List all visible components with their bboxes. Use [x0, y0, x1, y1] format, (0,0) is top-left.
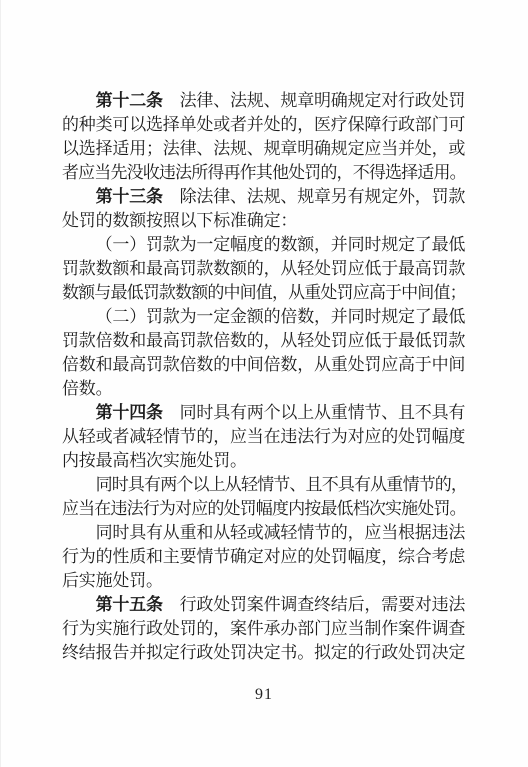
paragraph-article-14-2: 同时具有两个以上从轻情节、且不具有从重情节的， 应当在违法行为对应的处罚幅度内按…: [62, 473, 466, 521]
text-line: （一）罚款为一定幅度的数额，并同时规定了最低: [62, 233, 466, 257]
text-line: 应当在违法行为对应的处罚幅度内按最低档次实施处罚。: [62, 497, 466, 521]
line-text: 处罚的数额按照以下标准确定：: [62, 211, 297, 230]
text-line: 倍数。: [62, 377, 466, 401]
text-line: 终结报告并拟定行政处罚决定书。拟定的行政处罚决定: [62, 641, 466, 665]
text-line: 者应当先没收违法所得再作其他处罚的，不得选择适用。: [62, 161, 466, 185]
text-line: 第十四条 同时具有两个以上从重情节、且不具有: [62, 401, 466, 425]
text-line: 罚款倍数和最高罚款倍数的，从轻处罚应低于最低罚款: [62, 329, 466, 353]
text-line: 倍数和最高罚款倍数的中间倍数，从重处罚应高于中间: [62, 353, 466, 377]
line-text: 同时具有两个以上从轻情节、且不具有从重情节的，: [96, 475, 467, 494]
line-text: 以选择适用；法律、法规、规章明确规定应当并处，或: [62, 139, 465, 158]
line-text: （二）罚款为一定金额的倍数，并同时规定了最低: [96, 307, 466, 326]
text-line: 同时具有从重和从轻或减轻情节的，应当根据违法: [62, 521, 466, 545]
text-line: 第十二条 法律、法规、规章明确规定对行政处罚: [62, 89, 466, 113]
line-text: 罚款数额和最高罚款数额的，从轻处罚应低于最高罚款: [62, 259, 465, 278]
line-text: 罚款倍数和最高罚款倍数的，从轻处罚应低于最低罚款: [62, 331, 465, 350]
line-text: 者应当先没收违法所得再作其他处罚的，不得选择适用。: [62, 163, 466, 182]
article-number-label: 第十三条: [96, 187, 163, 206]
line-text: 行政处罚案件调查终结后，需要对违法: [163, 595, 465, 614]
text-line: 以选择适用；法律、法规、规章明确规定应当并处，或: [62, 137, 466, 161]
line-text: 除法律、法规、规章另有规定外，罚款: [163, 187, 465, 206]
paragraph-article-15: 第十五条 行政处罚案件调查终结后，需要对违法 行为实施行政处罚的，案件承办部门应…: [62, 593, 466, 665]
paragraph-article-14-1: 第十四条 同时具有两个以上从重情节、且不具有 从轻或者减轻情节的，应当在违法行为…: [62, 401, 466, 473]
paragraph-article-12: 第十二条 法律、法规、规章明确规定对行政处罚 的种类可以选择单处或者并处的，医疗…: [62, 89, 466, 185]
line-text: 同时具有两个以上从重情节、且不具有: [163, 403, 465, 422]
line-text: 行为的性质和主要情节确定对应的处罚幅度，综合考虑: [62, 547, 465, 566]
line-text: 后实施处罚。: [62, 571, 163, 590]
line-text: 倍数。: [62, 379, 112, 398]
paragraph-article-13-intro: 第十三条 除法律、法规、规章另有规定外，罚款 处罚的数额按照以下标准确定：: [62, 185, 466, 233]
text-line: 行为的性质和主要情节确定对应的处罚幅度，综合考虑: [62, 545, 466, 569]
page-number: 91: [0, 686, 528, 704]
line-text: 同时具有从重和从轻或减轻情节的，应当根据违法: [96, 523, 466, 542]
text-line: 内按最高档次实施处罚。: [62, 449, 466, 473]
article-number-label: 第十五条: [96, 595, 163, 614]
line-text: 行为实施行政处罚的，案件承办部门应当制作案件调查: [62, 619, 465, 638]
document-page: 第十二条 法律、法规、规章明确规定对行政处罚 的种类可以选择单处或者并处的，医疗…: [0, 0, 528, 767]
paragraph-article-13-item-2: （二）罚款为一定金额的倍数，并同时规定了最低 罚款倍数和最高罚款倍数的，从轻处罚…: [62, 305, 466, 401]
line-text: 从轻或者减轻情节的，应当在违法行为对应的处罚幅度: [62, 427, 465, 446]
text-line: 同时具有两个以上从轻情节、且不具有从重情节的，: [62, 473, 466, 497]
paragraph-article-14-3: 同时具有从重和从轻或减轻情节的，应当根据违法 行为的性质和主要情节确定对应的处罚…: [62, 521, 466, 593]
text-line: 后实施处罚。: [62, 569, 466, 593]
line-text: 应当在违法行为对应的处罚幅度内按最低档次实施处罚。: [62, 499, 466, 518]
text-line: 处罚的数额按照以下标准确定：: [62, 209, 466, 233]
article-number-label: 第十二条: [96, 91, 163, 110]
text-line: 罚款数额和最高罚款数额的，从轻处罚应低于最高罚款: [62, 257, 466, 281]
text-line: 的种类可以选择单处或者并处的，医疗保障行政部门可: [62, 113, 466, 137]
text-line: 从轻或者减轻情节的，应当在违法行为对应的处罚幅度: [62, 425, 466, 449]
text-line: 第十五条 行政处罚案件调查终结后，需要对违法: [62, 593, 466, 617]
text-line: 第十三条 除法律、法规、规章另有规定外，罚款: [62, 185, 466, 209]
line-text: 倍数和最高罚款倍数的中间倍数，从重处罚应高于中间: [62, 355, 465, 374]
text-line: 数额与最低罚款数额的中间值，从重处罚应高于中间值；: [62, 281, 466, 305]
text-line: （二）罚款为一定金额的倍数，并同时规定了最低: [62, 305, 466, 329]
scan-edge-artifact: [0, 0, 1, 767]
line-text: （一）罚款为一定幅度的数额，并同时规定了最低: [96, 235, 466, 254]
line-text: 数额与最低罚款数额的中间值，从重处罚应高于中间值；: [62, 283, 466, 302]
line-text: 法律、法规、规章明确规定对行政处罚: [163, 91, 465, 110]
body-text: 第十二条 法律、法规、规章明确规定对行政处罚 的种类可以选择单处或者并处的，医疗…: [62, 89, 466, 665]
line-text: 内按最高档次实施处罚。: [62, 451, 247, 470]
text-line: 行为实施行政处罚的，案件承办部门应当制作案件调查: [62, 617, 466, 641]
line-text: 终结报告并拟定行政处罚决定书。拟定的行政处罚决定: [62, 643, 465, 662]
paragraph-article-13-item-1: （一）罚款为一定幅度的数额，并同时规定了最低 罚款数额和最高罚款数额的，从轻处罚…: [62, 233, 466, 305]
article-number-label: 第十四条: [96, 403, 163, 422]
line-text: 的种类可以选择单处或者并处的，医疗保障行政部门可: [62, 115, 465, 134]
